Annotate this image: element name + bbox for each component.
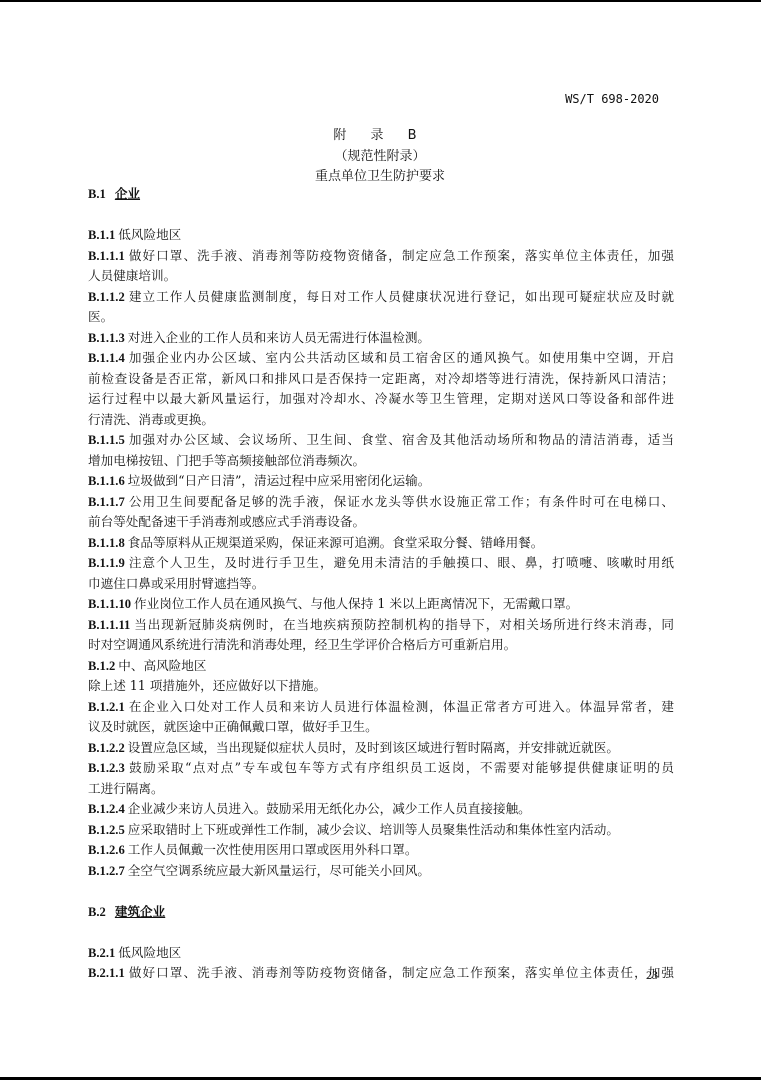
subsection-title: 低风险地区: [118, 227, 181, 242]
clause-text: 垃圾做到“日产日清”，清运过程中应采用密闭化运输。: [128, 473, 431, 488]
clause-number: B.1.2.4: [88, 802, 125, 816]
clause-b1-2-1: B.1.2.1在企业入口处对工作人员和来访人员进行体温检测，体温正常者方可进入。…: [88, 697, 674, 738]
clause-number: B.1.1.1: [88, 249, 125, 263]
subsection-heading-b11: B.1.1低风险地区: [88, 225, 674, 246]
subsection-title: 中、高风险地区: [118, 658, 206, 673]
section-number: B.1: [88, 187, 106, 201]
clause-text: 在企业入口处对工作人员和来访人员进行体温检测，体温正常者方可进入。体温异常者，建: [128, 699, 674, 714]
clause-text: 注意个人卫生，及时进行手卫生，避免用未清洁的手触摸口、眼、鼻，打喷嚏、咳嗽时用纸: [128, 555, 674, 570]
clause-text: 企业减少来访人员进入。鼓励采用无纸化办公，减少工作人员直接接触。: [128, 801, 531, 816]
subsection-title: 低风险地区: [118, 945, 181, 960]
spacer: [88, 205, 674, 226]
subsection-number: B.2.1: [88, 946, 115, 960]
clause-b1-2-2: B.1.2.2设置应急区域，当出现疑似症状人员时，及时到该区域进行暂时隔离，并安…: [88, 738, 674, 759]
clause-text: 增加电梯按钮、门把手等高频接触部位消毒频次。: [88, 453, 365, 468]
clause-text: 做好口罩、洗手液、消毒剂等防疫物资储备，制定应急工作预案，落实单位主体责任，加强: [128, 248, 674, 263]
clause-b1-2-5: B.1.2.5应采取错时上下班或弹性工作制，减少会议、培训等人员聚集性活动和集体…: [88, 820, 674, 841]
subsection-heading-b21: B.2.1低风险地区: [88, 943, 674, 964]
clause-b1-2-7: B.1.2.7全空气空调系统应最大新风量运行，尽可能关小回风。: [88, 861, 674, 882]
subsection-intro: 除上述 11 项措施外，还应做好以下措施。: [88, 676, 674, 697]
clause-text: 对进入企业的工作人员和来访人员无需进行体温检测。: [128, 330, 430, 345]
clause-text: 行清洗、消毒或更换。: [88, 412, 214, 427]
appendix-name: 重点单位卫生防护要求: [88, 165, 672, 184]
clause-b2-1-1: B.2.1.1做好口罩、洗手液、消毒剂等防疫物资储备，制定应急工作预案，落实单位…: [88, 963, 674, 984]
clause-number: B.1.2.1: [88, 700, 125, 714]
clause-b1-1-11: B.1.1.11当出现新冠肺炎病例时，在当地疾病预防控制机构的指导下，对相关场所…: [88, 615, 674, 656]
clause-text: 时对空调通风系统进行清洗和消毒处理，经卫生学评价合格后方可重新启用。: [88, 637, 516, 652]
clause-text: 巾遮住口鼻或采用肘臂遮挡等。: [88, 576, 264, 591]
clause-number: B.1.1.6: [88, 474, 125, 488]
clause-text: 建立工作人员健康监测制度，每日对工作人员健康状况进行登记，如出现可疑症状应及时就: [128, 289, 674, 304]
document-body: B.1企业 B.1.1低风险地区 B.1.1.1做好口罩、洗手液、消毒剂等防疫物…: [88, 184, 674, 984]
appendix-type: （规范性附录）: [88, 145, 672, 164]
clause-b1-1-7: B.1.1.7公用卫生间要配备足够的洗手液，保证水龙头等供水设施正常工作；有条件…: [88, 492, 674, 533]
clause-text: 加强企业内办公区域、室内公共活动区域和员工宿舍区的通风换气。如使用集中空调，开启: [128, 350, 674, 365]
clause-number: B.1.1.8: [88, 536, 125, 550]
clause-b1-1-3: B.1.1.3对进入企业的工作人员和来访人员无需进行体温检测。: [88, 328, 674, 349]
clause-text: 运行过程中以最大新风量运行，加强对冷却水、冷凝水等卫生管理，定期对送风口等设备和…: [88, 391, 674, 406]
clause-b1-2-6: B.1.2.6工作人员佩戴一次性使用医用口罩或医用外科口罩。: [88, 840, 674, 861]
clause-line: B.1.1.1做好口罩、洗手液、消毒剂等防疫物资储备，制定应急工作预案，落实单位…: [88, 246, 674, 267]
section-heading-b1: B.1企业: [88, 184, 674, 205]
clause-number: B.1.1.2: [88, 290, 125, 304]
section-number: B.2: [88, 905, 106, 919]
clause-text: 设置应急区域，当出现疑似症状人员时，及时到该区域进行暂时隔离，并安排就近就医。: [128, 740, 619, 755]
clause-text: 应采取错时上下班或弹性工作制，减少会议、培训等人员聚集性活动和集体性室内活动。: [128, 822, 619, 837]
appendix-title: 附 录 B: [88, 124, 672, 143]
clause-number: B.1.2.6: [88, 843, 125, 857]
clause-text: 前检查设备是否正常，新风口和排风口是否保持一定距离，对冷却塔等进行清洗，保持新风…: [88, 371, 674, 386]
subsection-heading-b12: B.1.2中、高风险地区: [88, 656, 674, 677]
clause-number: B.1.1.11: [88, 618, 130, 632]
clause-number: B.1.1.7: [88, 495, 125, 509]
clause-b1-1-1: B.1.1.1做好口罩、洗手液、消毒剂等防疫物资储备，制定应急工作预案，落实单位…: [88, 246, 674, 287]
clause-text: 做好口罩、洗手液、消毒剂等防疫物资储备，制定应急工作预案，落实单位主体责任，加强: [128, 965, 674, 980]
spacer: [88, 881, 674, 902]
clause-number: B.1.2.3: [88, 761, 125, 775]
clause-b1-1-9: B.1.1.9注意个人卫生，及时进行手卫生，避免用未清洁的手触摸口、眼、鼻，打喷…: [88, 553, 674, 594]
clause-number: B.1.1.3: [88, 331, 125, 345]
clause-number: B.1.2.7: [88, 864, 125, 878]
clause-b1-2-4: B.1.2.4企业减少来访人员进入。鼓励采用无纸化办公，减少工作人员直接接触。: [88, 799, 674, 820]
clause-text: 当出现新冠肺炎病例时，在当地疾病预防控制机构的指导下，对相关场所进行终末消毒，同: [133, 617, 674, 632]
clause-text: 工进行隔离。: [88, 781, 164, 796]
clause-text: 医。: [88, 309, 113, 324]
clause-text: 议及时就医，就医途中正确佩戴口罩，做好手卫生。: [88, 719, 378, 734]
clause-number: B.2.1.1: [88, 966, 125, 980]
clause-b1-1-8: B.1.1.8食品等原料从正规渠道采购，保证来源可追溯。食堂采取分餐、错峰用餐。: [88, 533, 674, 554]
clause-b1-1-2: B.1.1.2建立工作人员健康监测制度，每日对工作人员健康状况进行登记，如出现可…: [88, 287, 674, 328]
section-title: 建筑企业: [115, 904, 165, 919]
clause-text: 工作人员佩戴一次性使用医用口罩或医用外科口罩。: [128, 842, 418, 857]
clause-b1-1-6: B.1.1.6垃圾做到“日产日清”，清运过程中应采用密闭化运输。: [88, 471, 674, 492]
top-border-rule: [0, 0, 761, 2]
clause-b1-1-5: B.1.1.5加强对办公区域、会议场所、卫生间、食堂、宿舍及其他活动场所和物品的…: [88, 430, 674, 471]
clause-text: 前台等处配备速干手消毒剂或感应式手消毒设备。: [88, 514, 365, 529]
subsection-number: B.1.1: [88, 228, 115, 242]
clause-number: B.1.1.9: [88, 556, 125, 570]
section-heading-b2: B.2建筑企业: [88, 902, 674, 923]
clause-number: B.1.2.5: [88, 823, 125, 837]
clause-b1-1-10: B.1.1.10作业岗位工作人员在通风换气、与他人保持 1 米以上距离情况下，无…: [88, 594, 674, 615]
clause-number: B.1.2.2: [88, 741, 125, 755]
subsection-number: B.1.2: [88, 659, 115, 673]
clause-text: 全空气空调系统应最大新风量运行，尽可能关小回风。: [128, 863, 430, 878]
clause-b1-1-4: B.1.1.4加强企业内办公区域、室内公共活动区域和员工宿舍区的通风换气。如使用…: [88, 348, 674, 430]
spacer: [88, 922, 674, 943]
clause-text: 作业岗位工作人员在通风换气、与他人保持 1 米以上距离情况下，无需戴口罩。: [134, 596, 578, 611]
clause-text: 人员健康培训。: [88, 268, 176, 283]
clause-text: 公用卫生间要配备足够的洗手液，保证水龙头等供水设施正常工作；有条件时可在电梯口、: [128, 494, 674, 509]
clause-text: 加强对办公区域、会议场所、卫生间、食堂、宿舍及其他活动场所和物品的清洁消毒，适当: [128, 432, 674, 447]
section-title: 企业: [115, 186, 140, 201]
clause-number: B.1.1.5: [88, 433, 125, 447]
clause-number: B.1.1.10: [88, 597, 131, 611]
clause-text: 鼓励采取“点对点”专车或包车等方式有序组织员工返岗，不需要对能够提供健康证明的员: [128, 760, 674, 775]
clause-line: 人员健康培训。: [88, 266, 674, 287]
clause-text: 食品等原料从正规渠道采购，保证来源可追溯。食堂采取分餐、错峰用餐。: [128, 535, 544, 550]
clause-b1-2-3: B.1.2.3鼓励采取“点对点”专车或包车等方式有序组织员工返岗，不需要对能够提…: [88, 758, 674, 799]
standard-code: WS/T 698-2020: [565, 92, 659, 106]
clause-number: B.1.1.4: [88, 351, 125, 365]
page-number: 23: [646, 968, 658, 983]
